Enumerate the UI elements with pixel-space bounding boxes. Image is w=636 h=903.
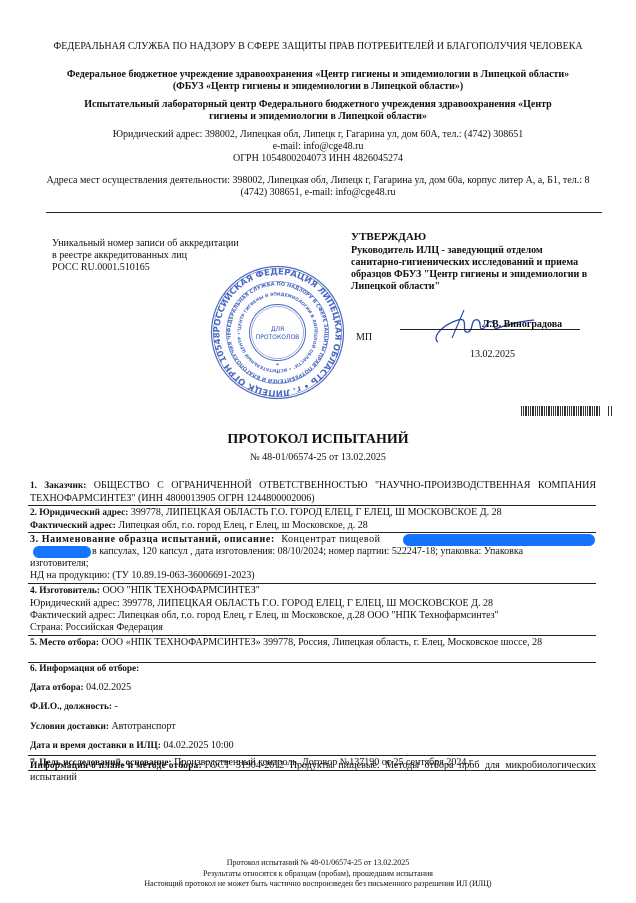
manufacturer-value: ООО "НПК ТЕХНОФАРМСИНТЕЗ" xyxy=(102,585,259,596)
section-manufacturer: 4. Изготовитель: ООО "НПК ТЕХНОФАРМСИНТЕ… xyxy=(30,585,596,634)
actual-address-value: Липецкая обл, г.о. город Елец, г Елец, ш… xyxy=(118,520,367,531)
activity-addresses: Адреса мест осуществления деятельности: … xyxy=(30,175,606,199)
legal-address: Юридический адрес: 398002, Липецкая обл,… xyxy=(30,129,606,141)
sample-description: в капсулах, 120 капсул , дата изготовлен… xyxy=(92,546,523,558)
sample-label: 3. Наименование образца испытаний, описа… xyxy=(30,534,275,545)
approval-title: УТВЕРЖДАЮ xyxy=(351,230,611,244)
institution-line1: Федеральное бюджетное учреждение здравоо… xyxy=(20,69,616,81)
stamp-center-line1: ДЛЯ xyxy=(271,326,284,333)
svg-text:*: * xyxy=(276,362,280,370)
sample-name-start: Концентрат пищевой xyxy=(281,534,380,545)
section-divider xyxy=(28,755,596,756)
header-divider xyxy=(46,212,602,213)
protocol-title: ПРОТОКОЛ ИСПЫТАНИЙ xyxy=(0,432,636,448)
sampling-date-value: 04.02.2025 xyxy=(86,682,131,693)
customer-value: ОБЩЕСТВО С ОГРАНИЧЕННОЙ ОТВЕТСТВЕННОСТЬЮ… xyxy=(30,480,596,504)
section-customer: 1. Заказчик: ОБЩЕСТВО С ОГРАНИЧЕННОЙ ОТВ… xyxy=(30,480,596,505)
accreditation-line1: Уникальный номер записи об аккредитации xyxy=(52,238,292,250)
section-divider xyxy=(28,505,596,506)
section-legal-address: 2. Юридический адрес: 399778, ЛИПЕЦКАЯ О… xyxy=(30,507,596,532)
section-divider xyxy=(28,662,596,663)
actual-address-label: Фактический адрес: xyxy=(30,521,116,531)
agency-name: ФЕДЕРАЛЬНАЯ СЛУЖБА ПО НАДЗОРУ В СФЕРЕ ЗА… xyxy=(30,41,606,53)
product-normative-doc: НД на продукцию: (ТУ 10.89.19-063-360066… xyxy=(30,570,596,582)
sampler-label: Ф.И.О., должность: xyxy=(30,702,112,712)
legal-address-label: 2. Юридический адрес: xyxy=(30,508,128,518)
footer-results-note: Результаты относятся к образцам (пробам)… xyxy=(0,869,636,880)
section-divider xyxy=(28,635,596,636)
delivery-conditions-value: Автотранспорт xyxy=(111,721,175,732)
customer-label: 1. Заказчик: xyxy=(30,481,86,491)
lab-contacts: Юридический адрес: 398002, Липецкая обл,… xyxy=(30,129,606,165)
lab-name: Испытательный лабораторный центр Федерал… xyxy=(30,99,606,123)
ogrn-inn: ОГРН 1054800204073 ИНН 4826045274 xyxy=(30,153,606,165)
approval-date: 13.02.2025 xyxy=(470,349,515,361)
manufacturer-legal-address: Юридический адрес: 399778, ЛИПЕЦКАЯ ОБЛА… xyxy=(30,598,596,610)
approver-position: Руководитель ИЛЦ - заведующий отделом са… xyxy=(351,245,591,293)
section-sampling-place: 5. Место отбора: ООО «НПК ТЕХНОФАРМСИНТЕ… xyxy=(30,637,570,650)
section-divider xyxy=(28,532,596,533)
email: e-mail: info@cge48.ru xyxy=(30,141,606,153)
delivery-time-label: Дата и время доставки в ИЛЦ: xyxy=(30,741,161,751)
institution-line2: (ФБУЗ «Центр гигиены и эпидемиологии в Л… xyxy=(20,81,616,93)
delivery-time-value: 04.02.2025 10:00 xyxy=(163,740,233,751)
research-purpose-label: 7. Цель исследований, основание: xyxy=(30,758,172,768)
section-sample: 3. Наименование образца испытаний, описа… xyxy=(30,534,596,582)
page-footer: Протокол испытаний № 48-01/06574-25 от 1… xyxy=(0,858,636,890)
accreditation-line2: в реестре аккредитованных лиц xyxy=(52,250,292,262)
manufacturer-label: 4. Изготовитель: xyxy=(30,586,100,596)
research-purpose-value: Производственный контроль, Договор №1371… xyxy=(174,757,474,768)
manufacturer-actual-address: Фактический адрес: Липецкая обл, г.о. го… xyxy=(30,610,596,622)
manufacturer-country: Страна: Российская Федерация xyxy=(30,622,596,634)
protocol-number: № 48-01/06574-25 от 13.02.2025 xyxy=(0,452,636,464)
sampling-info-label: 6. Информация об отборе: xyxy=(30,664,596,676)
section-research-purpose: 7. Цель исследований, основание: Произво… xyxy=(30,757,596,770)
section-divider xyxy=(28,770,596,771)
sampling-place-value: ООО «НПК ТЕХНОФАРМСИНТЕЗ» 399778, Россия… xyxy=(101,637,542,648)
institution-name: Федеральное бюджетное учреждение здравоо… xyxy=(20,69,616,93)
footer-copy-restriction: Настоящий протокол не может быть частичн… xyxy=(0,879,636,890)
approval-block: УТВЕРЖДАЮ Руководитель ИЛЦ - заведующий … xyxy=(351,230,611,293)
sampling-date-label: Дата отбора: xyxy=(30,683,84,693)
stamp-center-line2: ПРОТОКОЛОВ xyxy=(256,334,300,341)
barcode-icon xyxy=(521,406,616,416)
redaction-bar xyxy=(33,546,91,558)
legal-address-value: 399778, ЛИПЕЦКАЯ ОБЛАСТЬ Г.О. ГОРОД ЕЛЕЦ… xyxy=(131,507,502,518)
footer-protocol-ref: Протокол испытаний № 48-01/06574-25 от 1… xyxy=(0,858,636,869)
signer-name: Л.В. Виноградова xyxy=(482,319,562,331)
section-divider xyxy=(28,583,596,584)
seal-label: МП xyxy=(356,332,372,344)
official-stamp-icon: РОССИЙСКАЯ ФЕДЕРАЦИЯ ЛИПЕЦКАЯ ОБЛАСТЬ • … xyxy=(210,265,345,400)
sampling-place-label: 5. Место отбора: xyxy=(30,638,99,648)
sampler-value: - xyxy=(114,701,117,712)
redaction-bar xyxy=(403,534,595,546)
sample-description-end: изготовителя; xyxy=(30,558,596,570)
delivery-conditions-label: Условия доставки: xyxy=(30,722,109,732)
